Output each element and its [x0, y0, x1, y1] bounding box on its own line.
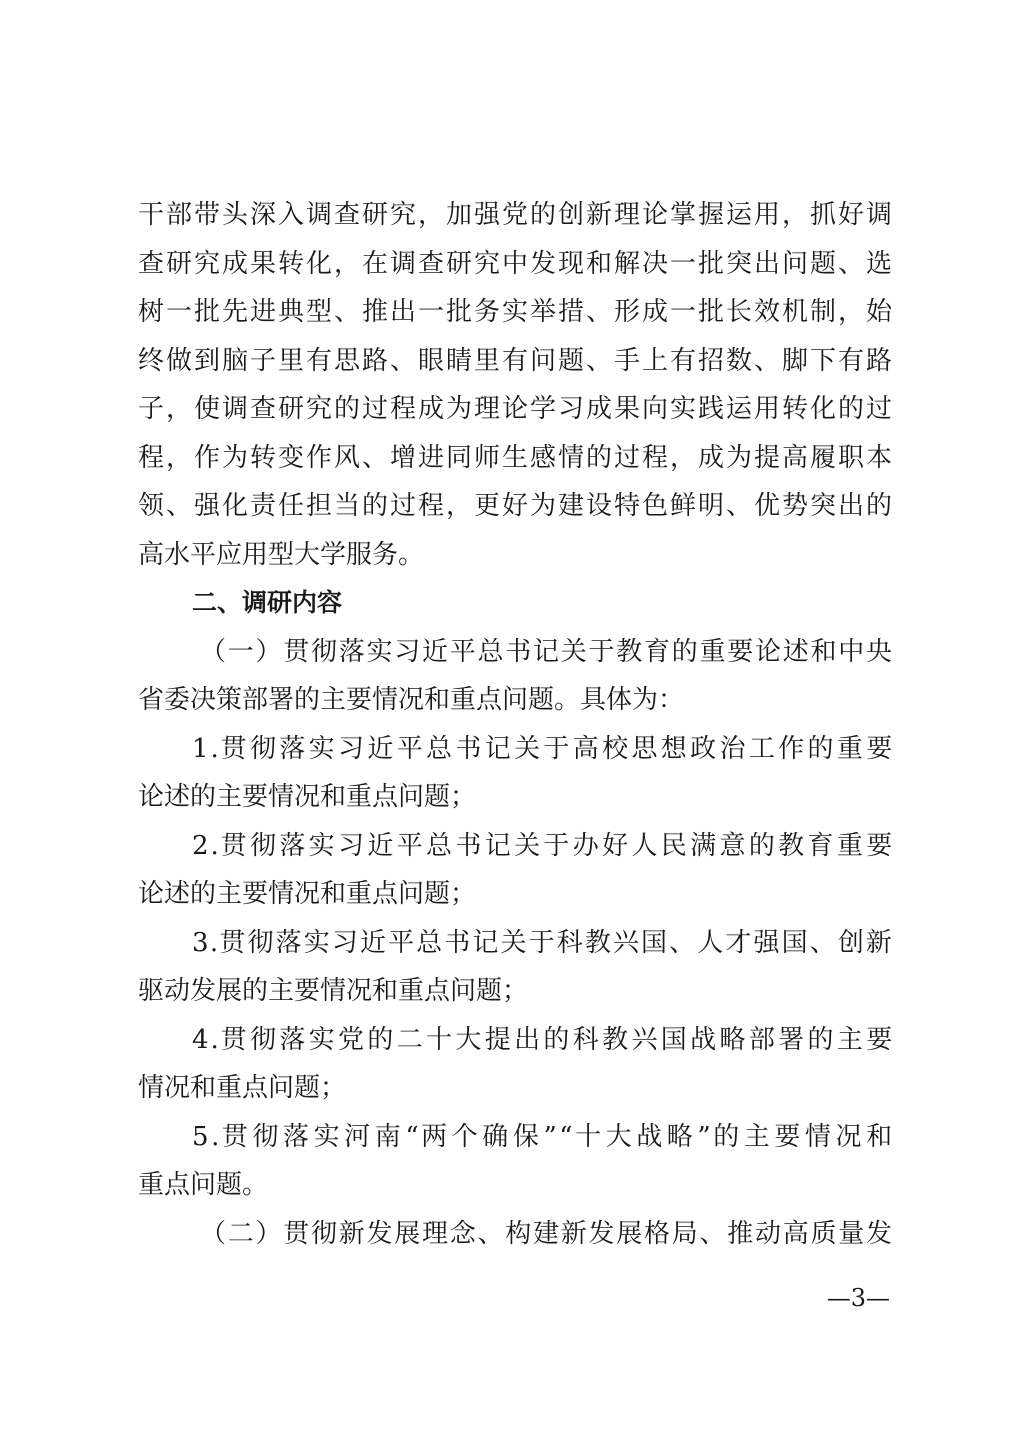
page-number: —3—: [800, 1284, 890, 1312]
paragraph-line: 终 做 到 脑 子 里 有 思 路 、 眼 睛 里 有 问 题 、 手 上 有 …: [138, 341, 892, 381]
list-item-3: 3 . 贯 彻 落 实 习 近 平 总 书 记 关 于 科 教 兴 国 、 人 …: [192, 923, 892, 963]
paragraph-line: 论述的主要情况和重点问题；: [138, 777, 892, 817]
paragraph-line: 情况和重点问题；: [138, 1068, 892, 1108]
paragraph-line: 论述的主要情况和重点问题；: [138, 874, 892, 914]
document-page: 干 部 带 头 深 入 调 查 研 究 ， 加 强 党 的 创 新 理 论 掌 …: [0, 0, 1024, 1448]
paragraph-line: 重点问题。: [138, 1165, 892, 1205]
subsection-heading: （ 一 ） 贯 彻 落 实 习 近 平 总 书 记 关 于 教 育 的 重 要 …: [200, 632, 892, 672]
paragraph-line: 干 部 带 头 深 入 调 查 研 究 ， 加 强 党 的 创 新 理 论 掌 …: [138, 195, 892, 235]
paragraph-line: 驱动发展的主要情况和重点问题；: [138, 971, 892, 1011]
paragraph-line: 程 ， 作 为 转 变 作 风 、 增 进 同 师 生 感 情 的 过 程 ， …: [138, 438, 892, 478]
paragraph-line: 领 、 强 化 责 任 担 当 的 过 程 ， 更 好 为 建 设 特 色 鲜 …: [138, 486, 892, 526]
list-item-4: 4 . 贯 彻 落 实 党 的 二 十 大 提 出 的 科 教 兴 国 战 略 …: [192, 1020, 892, 1060]
paragraph-line: 子 ， 使 调 查 研 究 的 过 程 成 为 理 论 学 习 成 果 向 实 …: [138, 389, 892, 429]
list-item-1: 1 . 贯 彻 落 实 习 近 平 总 书 记 关 于 高 校 思 想 政 治 …: [192, 729, 892, 769]
subsection-heading: （ 二 ） 贯 彻 新 发 展 理 念 、 构 建 新 发 展 格 局 、 推 …: [200, 1214, 892, 1254]
paragraph-line: 高水平应用型大学服务。: [138, 535, 892, 575]
paragraph-line: 省委决策部署的主要情况和重点问题。具体为：: [138, 680, 892, 720]
list-item-5: 5 . 贯 彻 落 实 河 南 “ 两 个 确 保 ” “ 十 大 战 略 ” …: [192, 1117, 892, 1157]
list-item-2: 2 . 贯 彻 落 实 习 近 平 总 书 记 关 于 办 好 人 民 满 意 …: [192, 826, 892, 866]
paragraph-line: 树 一 批 先 进 典 型 、 推 出 一 批 务 实 举 措 、 形 成 一 …: [138, 292, 892, 332]
paragraph-line: 查 研 究 成 果 转 化 ， 在 调 查 研 究 中 发 现 和 解 决 一 …: [138, 244, 892, 284]
section-heading: 二、调研内容: [192, 583, 946, 623]
